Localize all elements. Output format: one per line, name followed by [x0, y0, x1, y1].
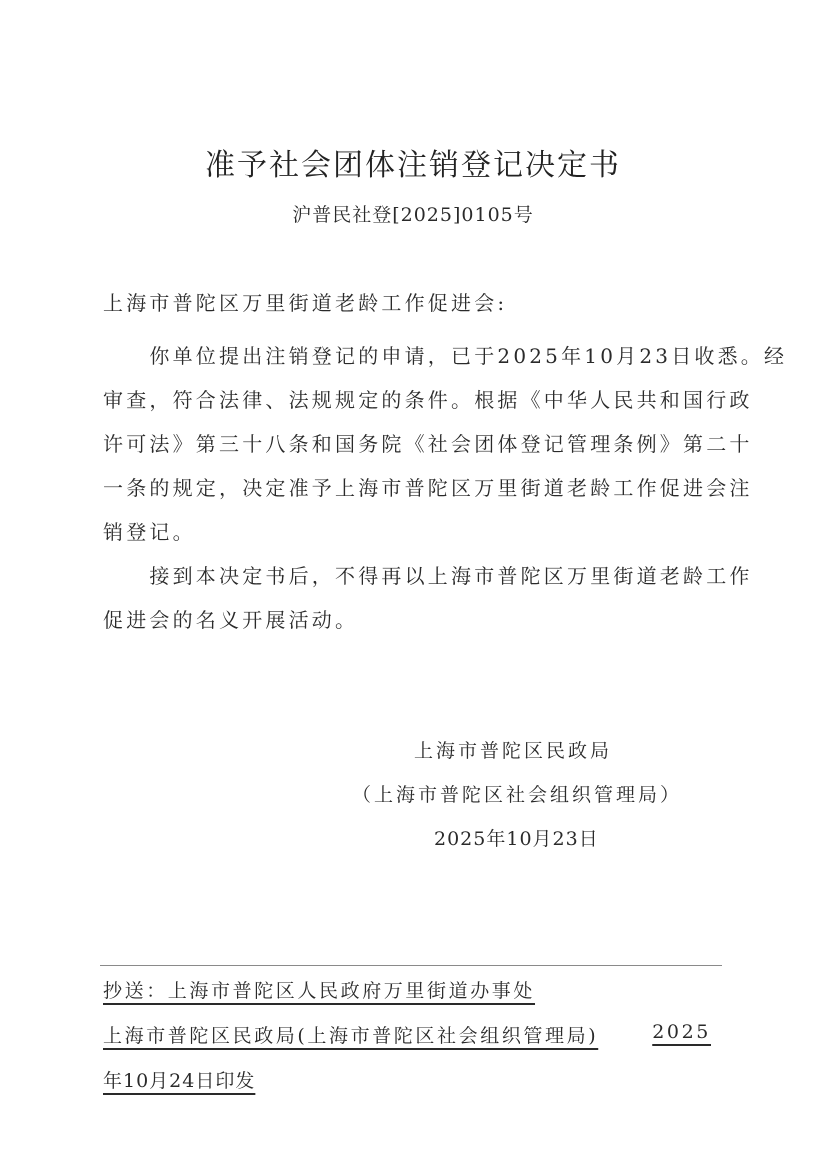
document-number: 沪普民社登[2025]0105号: [0, 200, 826, 227]
body-line: 促进会的名义开展活动。: [103, 604, 358, 633]
signature-issuer: 上海市普陀区民政局: [414, 736, 612, 763]
print-issuer: 上海市普陀区民政局(上海市普陀区社会组织管理局): [103, 1021, 598, 1048]
document-title: 准予社会团体注销登记决定书: [0, 140, 826, 184]
body-line: 一条的规定，决定准予上海市普陀区万里街道老龄工作促进会注: [103, 472, 753, 501]
body-line: 销登记。: [103, 516, 196, 545]
body-line: 接到本决定书后，不得再以上海市普陀区万里街道老龄工作: [103, 560, 753, 589]
addressee: 上海市普陀区万里街道老龄工作促进会:: [103, 287, 507, 316]
body-line: 你单位提出注销登记的申请，已于2025年10月23日收悉。经: [103, 340, 787, 369]
print-date: 年10月24日印发: [103, 1066, 255, 1093]
signature-issuer-alt: （上海市普陀区社会组织管理局）: [352, 780, 682, 807]
cc-line: 抄送：上海市普陀区人民政府万里街道办事处: [103, 976, 535, 1003]
footer-divider: [100, 965, 722, 966]
signature-date: 2025年10月23日: [434, 824, 599, 851]
body-line: 许可法》第三十八条和国务院《社会团体登记管理条例》第二十: [103, 428, 753, 457]
print-year: 2025: [652, 1021, 711, 1048]
print-line: 上海市普陀区民政局(上海市普陀区社会组织管理局) 2025: [103, 1021, 711, 1048]
body-line: 审查，符合法律、法规规定的条件。根据《中华人民共和国行政: [103, 384, 753, 413]
